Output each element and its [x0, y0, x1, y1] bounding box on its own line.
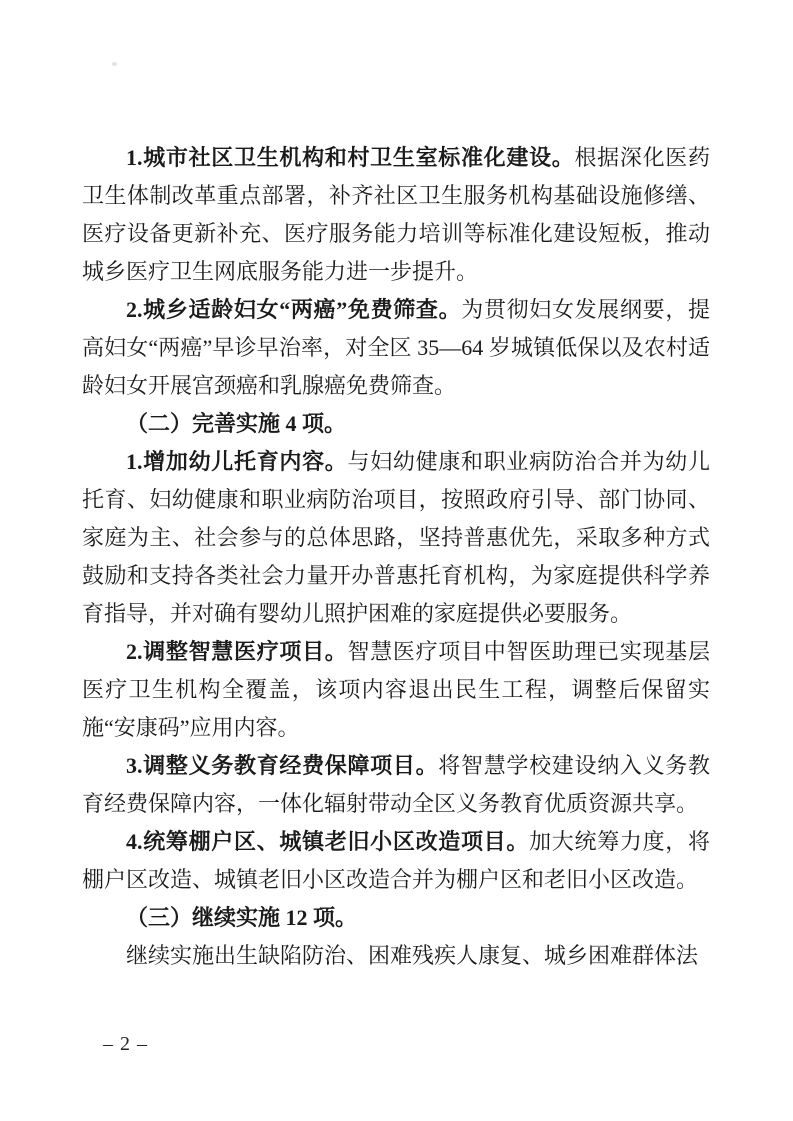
paragraph-lead: 4.统筹棚户区、城镇老旧小区改造项目。	[126, 829, 529, 854]
paragraph-lead: 1.增加幼儿托育内容。	[126, 449, 348, 474]
document-body: 1.城市社区卫生机构和村卫生室标准化建设。根据深化医药卫生体制改革重点部署，补齐…	[82, 139, 710, 975]
paragraph: 2.调整智慧医疗项目。智慧医疗项目中智医助理已实现基层医疗卫生机构全覆盖，该项内…	[82, 633, 710, 747]
document-page: 1.城市社区卫生机构和村卫生室标准化建设。根据深化医药卫生体制改革重点部署，补齐…	[0, 0, 793, 1121]
paragraph-lead: （二）完善实施 4 项。	[126, 411, 346, 436]
paragraph: 2.城乡适龄妇女“两癌”免费筛查。为贯彻妇女发展纲要，提高妇女“两癌”早诊早治率…	[82, 291, 710, 405]
section-heading: （三）继续实施 12 项。	[82, 899, 710, 937]
paragraph-lead: 2.城乡适龄妇女“两癌”免费筛查。	[126, 297, 461, 322]
section-heading: （二）完善实施 4 项。	[82, 405, 710, 443]
paragraph: 4.统筹棚户区、城镇老旧小区改造项目。加大统筹力度，将棚户区改造、城镇老旧小区改…	[82, 823, 710, 899]
paragraph: 3.调整义务教育经费保障项目。将智慧学校建设纳入义务教育经费保障内容，一体化辐射…	[82, 747, 710, 823]
paragraph-body: 与妇幼健康和职业病防治合并为幼儿托育、妇幼健康和职业病防治项目，按照政府引导、部…	[82, 449, 710, 626]
page-number: – 2 –	[103, 1031, 148, 1057]
paragraph: 继续实施出生缺陷防治、困难残疾人康复、城乡困难群体法	[82, 937, 710, 975]
paragraph: 1.城市社区卫生机构和村卫生室标准化建设。根据深化医药卫生体制改革重点部署，补齐…	[82, 139, 710, 291]
paragraph-lead: 2.调整智慧医疗项目。	[126, 639, 348, 664]
paragraph-lead: （三）继续实施 12 项。	[126, 905, 357, 930]
paragraph-lead: 3.调整义务教育经费保障项目。	[126, 753, 438, 778]
paragraph-lead: 1.城市社区卫生机构和村卫生室标准化建设。	[126, 145, 574, 170]
scan-speck	[112, 62, 117, 66]
paragraph-body: 继续实施出生缺陷防治、困难残疾人康复、城乡困难群体法	[126, 943, 698, 968]
paragraph: 1.增加幼儿托育内容。与妇幼健康和职业病防治合并为幼儿托育、妇幼健康和职业病防治…	[82, 443, 710, 633]
